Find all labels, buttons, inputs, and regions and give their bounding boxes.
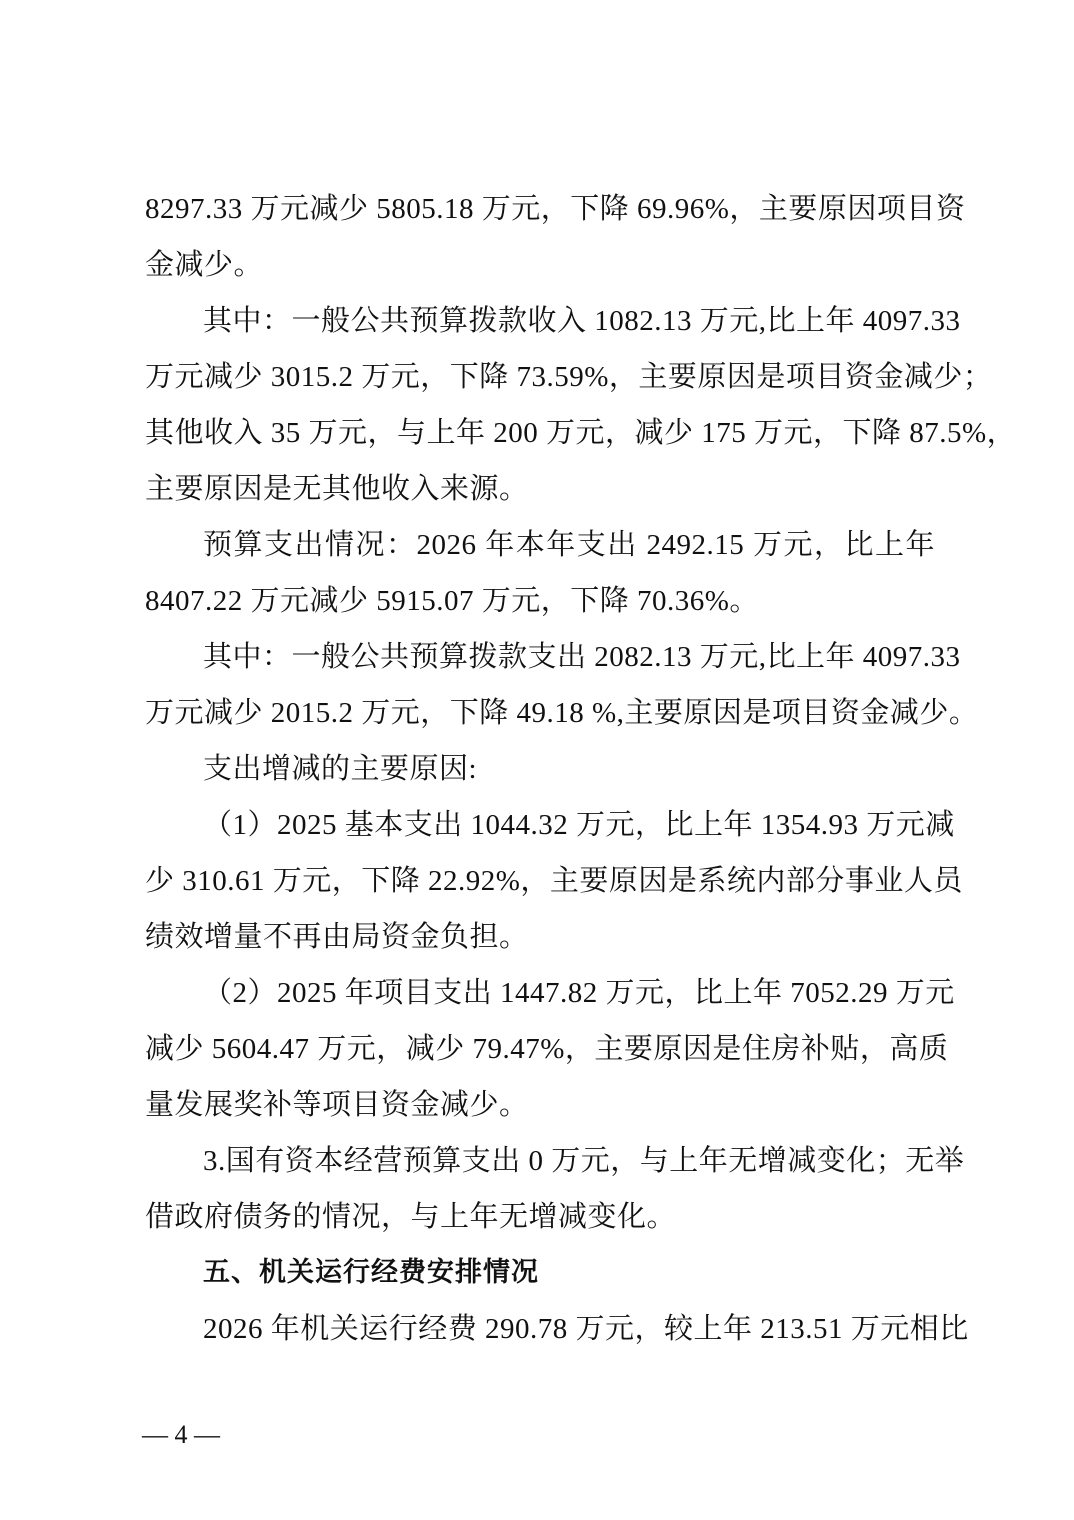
paragraph-line: 3.国有资本经营预算支出 0 万元，与上年无增减变化；无举 xyxy=(203,1144,935,1178)
paragraph-line: 8297.33 万元减少 5805.18 万元，下降 69.96%，主要原因项目… xyxy=(145,192,935,226)
paragraph-line: 少 310.61 万元，下降 22.92%，主要原因是系统内部分事业人员 xyxy=(145,864,935,898)
paragraph-line: 金减少。 xyxy=(145,248,935,282)
paragraph-line: 支出增减的主要原因: xyxy=(203,752,935,786)
paragraph-line: 借政府债务的情况，与上年无增减变化。 xyxy=(145,1200,935,1234)
paragraph-line: 绩效增量不再由局资金负担。 xyxy=(145,920,935,954)
paragraph-line: （1）2025 基本支出 1044.32 万元，比上年 1354.93 万元减 xyxy=(203,808,935,842)
paragraph-line: 2026 年机关运行经费 290.78 万元，较上年 213.51 万元相比 xyxy=(203,1312,935,1346)
section-heading: 五、机关运行经费安排情况 xyxy=(203,1256,539,1290)
paragraph-line: 万元减少 3015.2 万元，下降 73.59%，主要原因是项目资金减少； xyxy=(145,360,935,394)
paragraph-line: 预算支出情况：2026 年本年支出 2492.15 万元，比上年 xyxy=(203,528,935,562)
paragraph-line: 8407.22 万元减少 5915.07 万元，下降 70.36%。 xyxy=(145,584,935,618)
paragraph-line: 主要原因是无其他收入来源。 xyxy=(145,472,935,506)
paragraph-line: 减少 5604.47 万元，减少 79.47%，主要原因是住房补贴，高质 xyxy=(145,1032,935,1066)
paragraph-line: 其他收入 35 万元，与上年 200 万元，减少 175 万元，下降 87.5%… xyxy=(145,416,935,450)
paragraph-line: 其中：一般公共预算拨款支出 2082.13 万元,比上年 4097.33 xyxy=(203,640,935,674)
paragraph-line: 万元减少 2015.2 万元，下降 49.18 %,主要原因是项目资金减少。 xyxy=(145,696,935,730)
page-number: — 4 — xyxy=(142,1420,220,1450)
paragraph-line: 量发展奖补等项目资金减少。 xyxy=(145,1088,935,1122)
paragraph-line: 其中：一般公共预算拨款收入 1082.13 万元,比上年 4097.33 xyxy=(203,304,935,338)
paragraph-line: （2）2025 年项目支出 1447.82 万元，比上年 7052.29 万元 xyxy=(203,976,935,1010)
document-page: 8297.33 万元减少 5805.18 万元，下降 69.96%，主要原因项目… xyxy=(0,0,1074,1520)
